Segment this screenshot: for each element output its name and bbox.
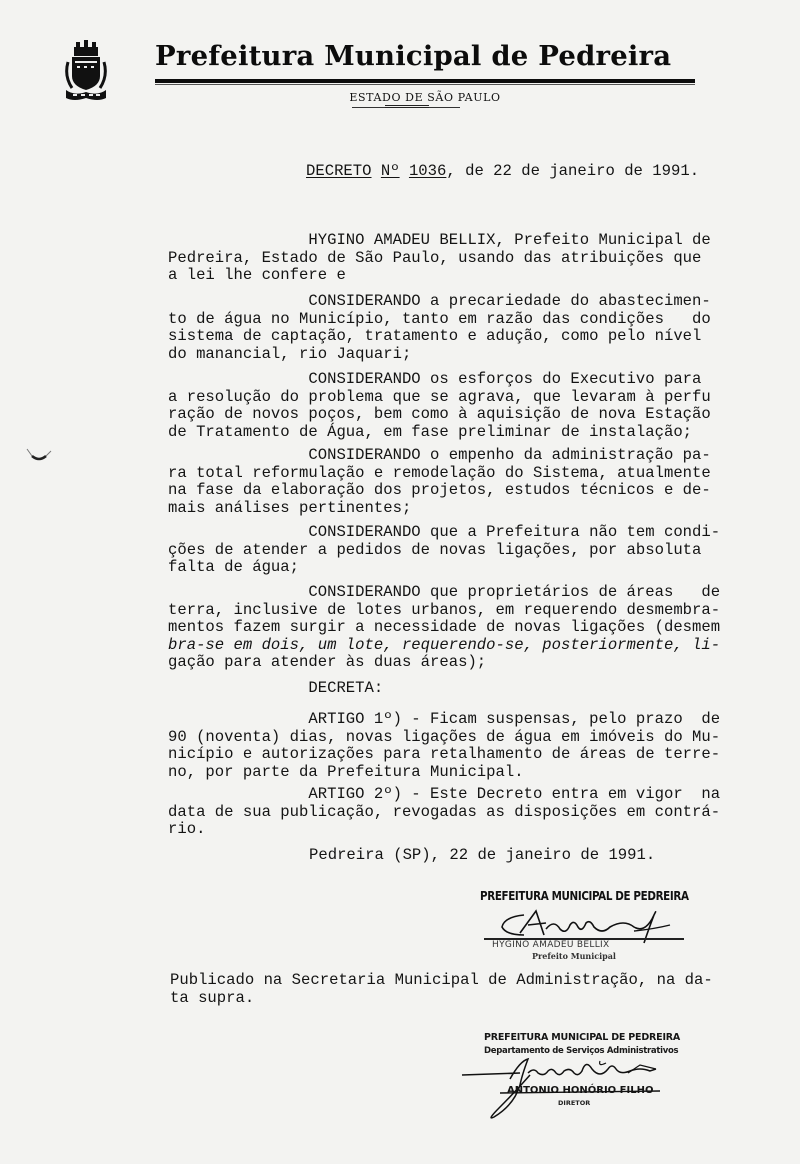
- paragraph-line: CONSIDERANDO que proprietários de áreas …: [168, 584, 720, 602]
- paragraph-line: CONSIDERANDO que a Prefeitura não tem co…: [168, 524, 720, 542]
- letterhead-state: ESTADO DE SÃO PAULO: [0, 91, 800, 104]
- consideration-paragraph: CONSIDERANDO o empenho da administração …: [168, 447, 711, 517]
- paragraph-line: na fase da elaboração dos projetos, estu…: [168, 482, 711, 500]
- preamble-line: Pedreira, Estado de São Paulo, usando da…: [168, 250, 711, 268]
- paragraph-line: do manancial, rio Jaquari;: [168, 346, 711, 364]
- paragraph-line: CONSIDERANDO o empenho da administração …: [168, 447, 711, 465]
- paragraph-line: falta de água;: [168, 559, 720, 577]
- consideration-paragraph: CONSIDERANDO que proprietários de áreas …: [168, 584, 720, 672]
- letterhead-title: Prefeitura Municipal de Pedreira: [155, 40, 715, 72]
- publication-line: ta supra.: [170, 990, 713, 1008]
- decree-number: 1036: [409, 162, 446, 180]
- paragraph-line: ração de novos poços, bem como à aquisiç…: [168, 406, 711, 424]
- consideration-paragraph: CONSIDERANDO os esforços do Executivo pa…: [168, 371, 711, 441]
- decree-number-label: Nº: [381, 162, 400, 180]
- mayor-stamp-title: PREFEITURA MUNICIPAL DE PEDREIRA: [480, 888, 689, 903]
- consideration-paragraph: CONSIDERANDO que a Prefeitura não tem co…: [168, 524, 720, 577]
- place-date: Pedreira (SP), 22 de janeiro de 1991.: [309, 847, 655, 865]
- letterhead-rule-thin: [155, 84, 695, 85]
- director-role: DIRETOR: [558, 1099, 590, 1107]
- paragraph-line: gação para atender às duas áreas);: [168, 654, 720, 672]
- publication-line: Publicado na Secretaria Municipal de Adm…: [170, 972, 713, 990]
- letterhead-state-rule-ornament: [385, 105, 429, 108]
- paragraph-line: 90 (noventa) dias, novas ligações de águ…: [168, 729, 720, 747]
- paragraph-line: ções de atender a pedidos de novas ligaç…: [168, 542, 720, 560]
- paragraph-line: ARTIGO 2º) - Este Decreto entra em vigor…: [168, 786, 720, 804]
- decree-date: , de 22 de janeiro de 1991.: [446, 162, 699, 180]
- paragraph-line: de Tratamento de Água, em fase prelimina…: [168, 424, 711, 442]
- article-paragraph: ARTIGO 2º) - Este Decreto entra em vigor…: [168, 786, 720, 839]
- paragraph-line: CONSIDERANDO os esforços do Executivo pa…: [168, 371, 711, 389]
- paragraph-line: rio.: [168, 821, 720, 839]
- paragraph-line: to de água no Município, tanto em razão …: [168, 311, 711, 329]
- paragraph-line: mais análises pertinentes;: [168, 500, 711, 518]
- preamble: HYGINO AMADEU BELLIX, Prefeito Municipal…: [168, 232, 711, 285]
- consideration-paragraph: CONSIDERANDO a precariedade do abastecim…: [168, 293, 711, 363]
- paragraph-line: ra total reformulação e remodelação do S…: [168, 465, 711, 483]
- paragraph-line: no, por parte da Prefeitura Municipal.: [168, 764, 720, 782]
- publication-note: Publicado na Secretaria Municipal de Adm…: [170, 972, 713, 1007]
- mayor-role: Prefeito Municipal: [532, 951, 616, 961]
- paragraph-line: CONSIDERANDO a precariedade do abastecim…: [168, 293, 711, 311]
- paragraph-line: terra, inclusive de lotes urbanos, em re…: [168, 602, 720, 620]
- decree-document-page: Prefeitura Municipal de Pedreira ESTADO …: [0, 0, 800, 1164]
- decree-heading: DECRETO Nº 1036, de 22 de janeiro de 199…: [306, 163, 699, 181]
- paragraph-line: nicípio e autorizações para retalhamento…: [168, 746, 720, 764]
- decreta-heading: DECRETA:: [168, 680, 383, 698]
- letterhead-rule: [155, 79, 695, 83]
- paragraph-line: bra-se em dois, um lote, requerendo-se, …: [168, 637, 720, 655]
- article-paragraph: ARTIGO 1º) - Ficam suspensas, pelo prazo…: [168, 711, 720, 781]
- director-name: ANTONIO HONÓRIO FILHO: [507, 1085, 653, 1096]
- paragraph-line: a resolução do problema que se agrava, q…: [168, 389, 711, 407]
- paragraph-line: ARTIGO 1º) - Ficam suspensas, pelo prazo…: [168, 711, 720, 729]
- paragraph-line: sistema de captação, tratamento e adução…: [168, 328, 711, 346]
- decree-label: DECRETO: [306, 162, 372, 180]
- paragraph-line: data de sua publicação, revogadas as dis…: [168, 804, 720, 822]
- director-stamp-title: PREFEITURA MUNICIPAL DE PEDREIRA: [484, 1032, 680, 1043]
- margin-mark-icon: [26, 448, 52, 462]
- mayor-name: HYGINO AMADEU BELLIX: [492, 940, 609, 950]
- paragraph-line: mentos fazem surgir a necessidade de nov…: [168, 619, 720, 637]
- preamble-line: a lei lhe confere e: [168, 267, 711, 285]
- preamble-line: HYGINO AMADEU BELLIX, Prefeito Municipal…: [168, 232, 711, 250]
